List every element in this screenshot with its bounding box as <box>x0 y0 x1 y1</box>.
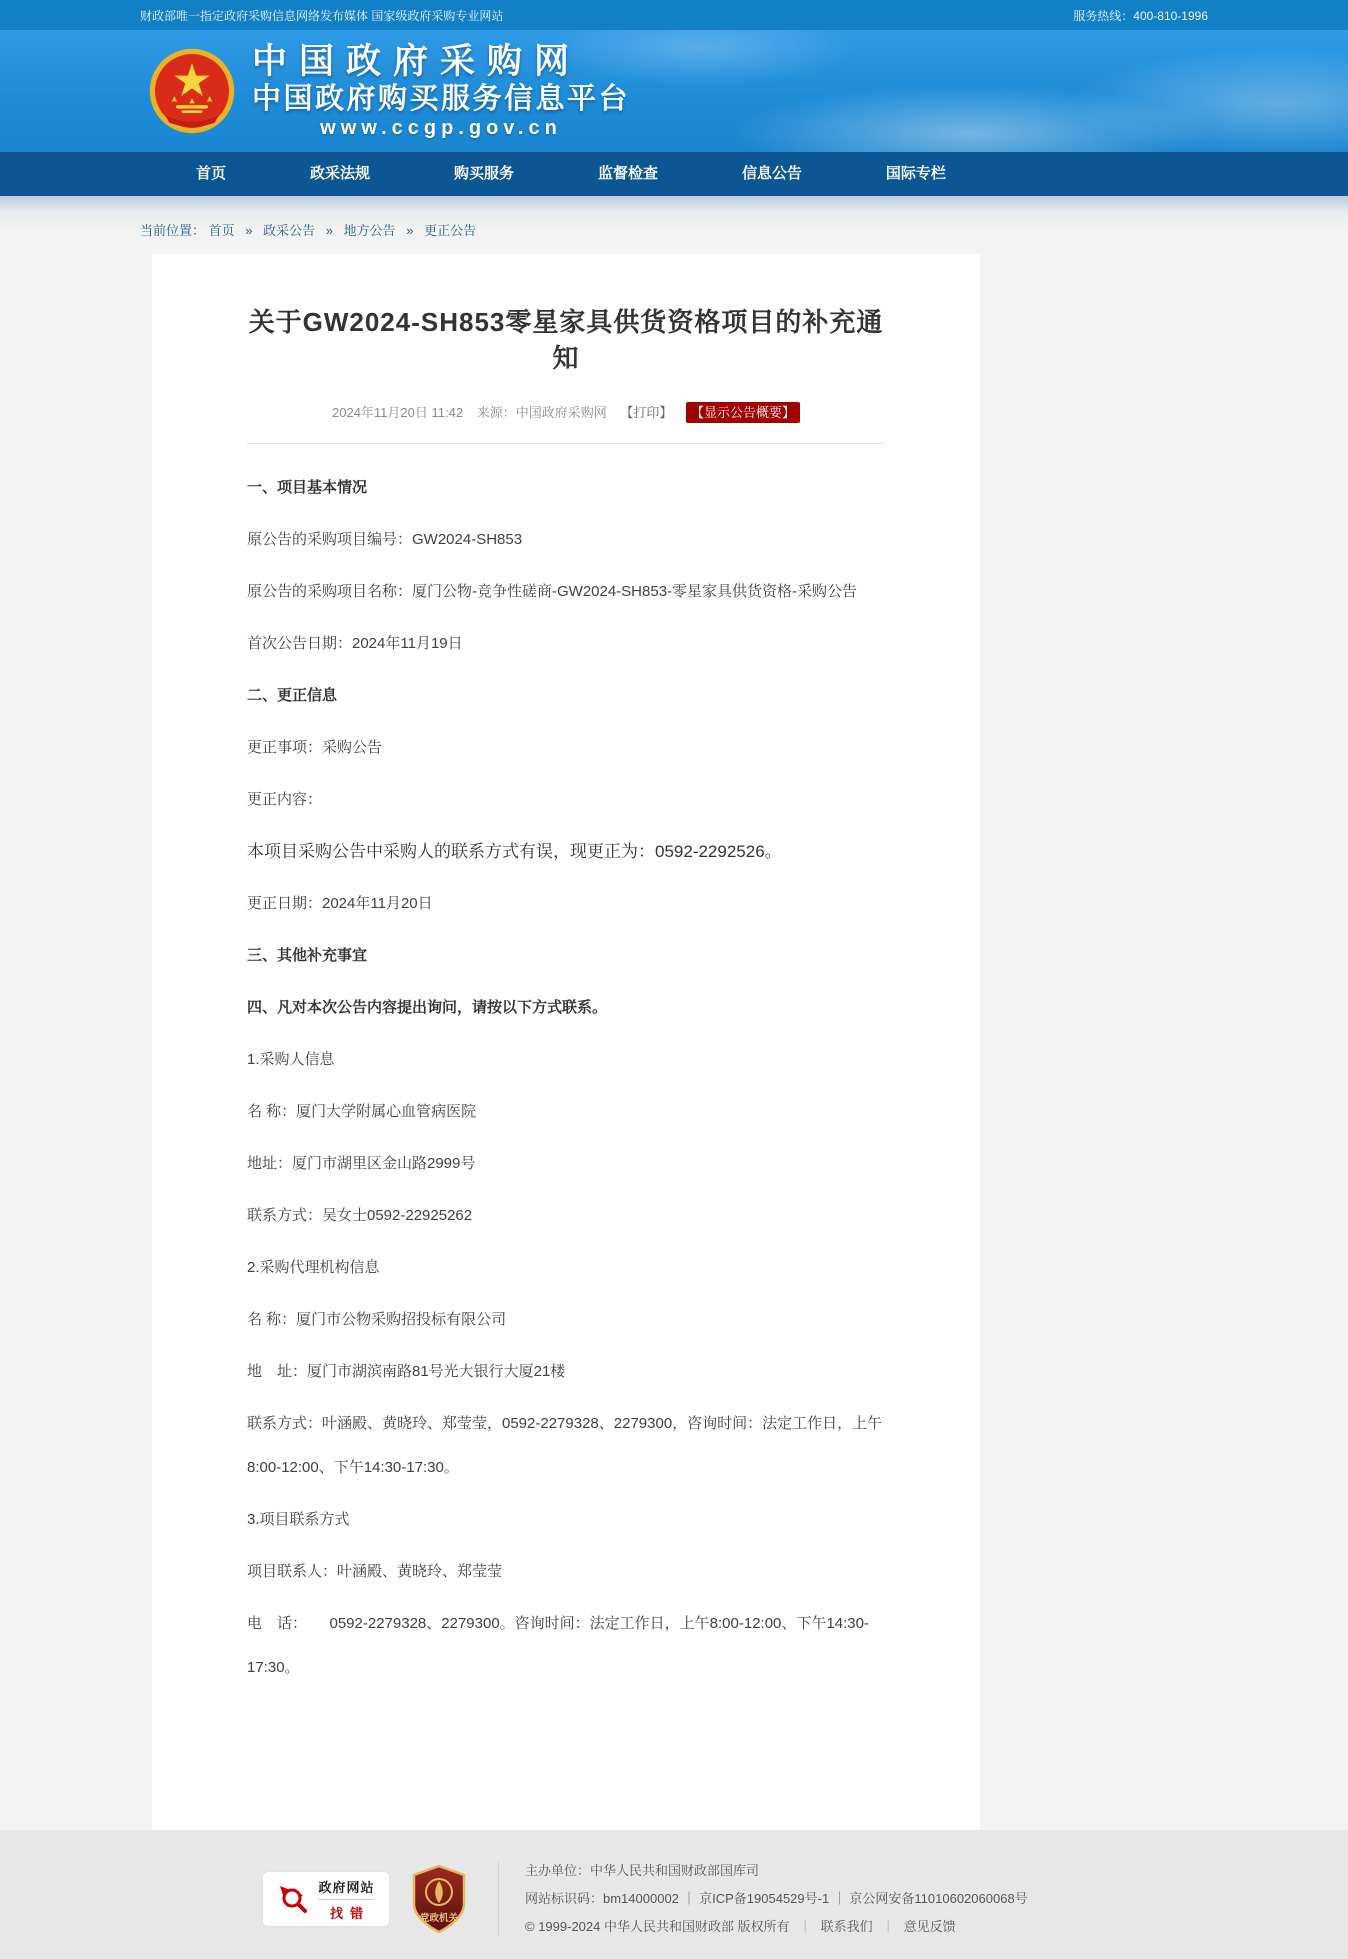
breadcrumb: 当前位置： 首页 » 政采公告 » 地方公告 » 更正公告 <box>140 196 1208 239</box>
breadcrumb-separator: » <box>245 223 252 238</box>
footer-copyright-line: © 1999-2024 中华人民共和国财政部 版权所有｜联系我们｜意见反馈 <box>525 1913 1028 1941</box>
article-source: 来源：中国政府采购网 <box>477 405 607 420</box>
article-paragraph: 联系方式：叶涵殿、黄晓玲、郑莹莹，0592-2279328、2279300，咨询… <box>247 1402 885 1490</box>
nav-item-announcements[interactable]: 信息公告 <box>732 152 812 196</box>
site-header: 中国政府采购网 中国政府购买服务信息平台 www.ccgp.gov.cn <box>0 30 1348 152</box>
article-paragraph: 原公告的采购项目编号：GW2024-SH853 <box>247 518 885 562</box>
footer-copyright: © 1999-2024 中华人民共和国财政部 版权所有 <box>525 1919 790 1934</box>
nav-item-home[interactable]: 首页 <box>186 152 236 196</box>
article-paragraph: 3.项目联系方式 <box>247 1498 885 1542</box>
article-paragraph: 更正内容： <box>247 778 885 822</box>
correction-content: 本项目采购公告中采购人的联系方式有误，现更正为：0592-2292526。 <box>247 830 885 874</box>
article-paragraph: 更正事项：采购公告 <box>247 726 885 770</box>
breadcrumb-link-correction-notices[interactable]: 更正公告 <box>424 223 476 238</box>
error-report-badge-text: 政府网站 找错 <box>318 1877 374 1922</box>
article-paragraph: 地址：厦门市湖里区金山路2999号 <box>247 1142 885 1186</box>
topbar-slogan: 财政部唯一指定政府采购信息网络发布媒体 国家级政府采购专业网站 <box>140 7 503 24</box>
site-url: www.ccgp.gov.cn <box>252 116 630 140</box>
top-bar: 财政部唯一指定政府采购信息网络发布媒体 国家级政府采购专业网站 服务热线：400… <box>0 0 1348 30</box>
nav-item-regulations[interactable]: 政采法规 <box>300 152 380 196</box>
meta-divider <box>247 443 885 444</box>
article-paragraph: 名 称：厦门大学附属心血管病医院 <box>247 1090 885 1134</box>
site-logo-text: 中国政府采购网 中国政府购买服务信息平台 www.ccgp.gov.cn <box>252 42 630 140</box>
main-nav: 首页 政采法规 购买服务 监督检查 信息公告 国际专栏 <box>0 152 1348 196</box>
breadcrumb-separator: » <box>326 223 333 238</box>
nav-item-international[interactable]: 国际专栏 <box>876 152 956 196</box>
gov-site-error-report-badge[interactable]: 政府网站 找错 <box>262 1871 390 1927</box>
breadcrumb-zone: 当前位置： 首页 » 政采公告 » 地方公告 » 更正公告 <box>0 196 1348 254</box>
article-paragraph: 原公告的采购项目名称：厦门公物-竞争性磋商-GW2024-SH853-零星家具供… <box>247 570 885 614</box>
section-heading: 三、其他补充事宜 <box>247 934 885 978</box>
article-paragraph: 联系方式：吴女士0592-22925262 <box>247 1194 885 1238</box>
feedback-link[interactable]: 意见反馈 <box>904 1919 956 1934</box>
article-meta: 2024年11月20日 11:42 来源：中国政府采购网 【打印】 【显示公告概… <box>247 402 885 423</box>
nav-item-supervision[interactable]: 监督检查 <box>588 152 668 196</box>
footer-site-codes: 网站标识码：bm14000002 ｜ 京ICP备19054529号-1 ｜ 京公… <box>525 1885 1028 1913</box>
svg-text:党政机关: 党政机关 <box>420 1912 459 1924</box>
section-heading: 四、凡对本次公告内容提出询问，请按以下方式联系。 <box>247 986 885 1030</box>
breadcrumb-separator: » <box>406 223 413 238</box>
contact-us-link[interactable]: 联系我们 <box>821 1919 873 1934</box>
show-summary-button[interactable]: 【显示公告概要】 <box>686 402 800 423</box>
main-content: 关于GW2024-SH853零星家具供货资格项目的补充通知 2024年11月20… <box>140 254 1208 1830</box>
national-emblem-logo <box>148 47 236 135</box>
article-title: 关于GW2024-SH853零星家具供货资格项目的补充通知 <box>247 304 885 376</box>
article-paragraph: 地 址：厦门市湖滨南路81号光大银行大厦21楼 <box>247 1350 885 1394</box>
nav-item-buy-services[interactable]: 购买服务 <box>444 152 524 196</box>
service-hotline: 服务热线：400-810-1996 <box>1073 7 1208 24</box>
print-button[interactable]: 【打印】 <box>620 405 672 420</box>
footer-organizer: 主办单位：中华人民共和国财政部国库司 <box>525 1857 1028 1885</box>
article-paragraph: 更正日期：2024年11月20日 <box>247 882 885 926</box>
breadcrumb-link-procurement-notices[interactable]: 政采公告 <box>263 223 315 238</box>
article-paragraph: 1.采购人信息 <box>247 1038 885 1082</box>
footer-divider <box>498 1862 499 1936</box>
article-body: 一、项目基本情况 原公告的采购项目编号：GW2024-SH853 原公告的采购项… <box>247 466 885 1690</box>
site-name: 中国政府采购网 <box>252 42 630 82</box>
article-paragraph: 首次公告日期：2024年11月19日 <box>247 622 885 666</box>
article-paragraph: 名 称：厦门市公物采购招投标有限公司 <box>247 1298 885 1342</box>
publish-datetime: 2024年11月20日 11:42 <box>332 405 463 420</box>
page-footer: 政府网站 找错 党政机关 主办单位：中华人民共和国财政部国库司 网站标识码：bm… <box>0 1830 1348 1959</box>
article-paragraph: 2.采购代理机构信息 <box>247 1246 885 1290</box>
article-card: 关于GW2024-SH853零星家具供货资格项目的补充通知 2024年11月20… <box>152 254 980 1830</box>
article-paragraph: 电 话： 0592-2279328、2279300。咨询时间：法定工作日，上午8… <box>247 1602 885 1690</box>
error-report-magnifier-icon <box>277 1882 311 1916</box>
breadcrumb-link-home[interactable]: 首页 <box>209 223 235 238</box>
party-gov-agency-shield-icon[interactable]: 党政机关 <box>410 1864 468 1934</box>
site-subtitle: 中国政府购买服务信息平台 <box>252 82 630 116</box>
footer-text-block: 主办单位：中华人民共和国财政部国库司 网站标识码：bm14000002 ｜ 京I… <box>525 1857 1028 1941</box>
breadcrumb-link-local-notices[interactable]: 地方公告 <box>344 223 396 238</box>
section-heading: 一、项目基本情况 <box>247 466 885 510</box>
section-heading: 二、更正信息 <box>247 674 885 718</box>
article-paragraph: 项目联系人：叶涵殿、黄晓玲、郑莹莹 <box>247 1550 885 1594</box>
breadcrumb-label: 当前位置： <box>140 223 205 238</box>
